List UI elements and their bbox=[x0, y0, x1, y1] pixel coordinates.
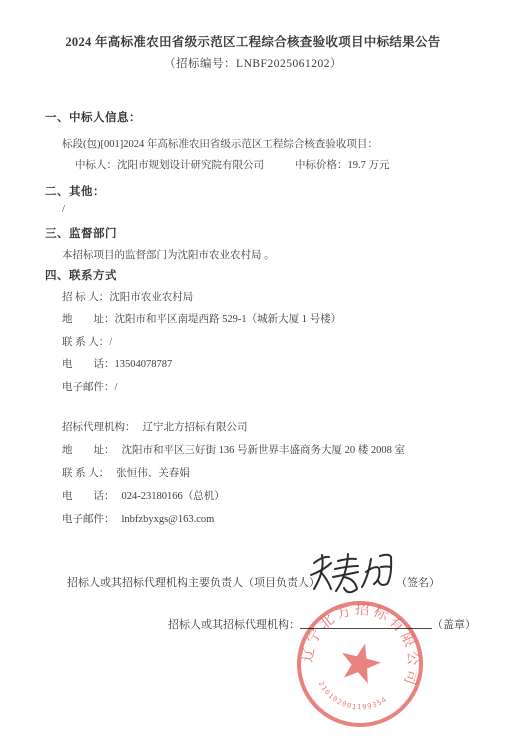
svg-text:210102001199354: 210102001199354 bbox=[312, 679, 390, 719]
agency-email-label: 电子邮件： bbox=[62, 513, 115, 526]
tenderer-name-label: 招 标 人： bbox=[62, 291, 109, 304]
section-other-content: / bbox=[62, 203, 65, 216]
tender-number-line: （招标编号：LNBF2025061202） bbox=[0, 57, 506, 71]
agency-row: 联 系 人：张恒伟、关春娟 bbox=[62, 467, 190, 480]
tenderer-address-value: 沈阳市和平区南堤西路 529-1（城新大厦 1 号楼） bbox=[115, 314, 342, 325]
lot-line: 标段(包)[001]2024 年高标准农田省级示范区工程综合核查验收项目： bbox=[62, 138, 378, 151]
section-winner-heading: 一、中标人信息： bbox=[45, 111, 141, 125]
agency-contact-label: 联 系 人： bbox=[62, 467, 109, 480]
agency-name-label: 招标代理机构： bbox=[62, 421, 136, 434]
agency-phone-value: 024-23180166（总机） bbox=[122, 491, 225, 502]
company-seal: 辽宁北方招标有限公司 210102001199354 bbox=[290, 594, 430, 734]
winner-name: 沈阳市规划设计研究院有限公司 bbox=[117, 160, 264, 171]
principal-line-prefix: 招标人或其招标代理机构主要负责人（项目负责人） bbox=[67, 577, 320, 589]
signature-handwriting bbox=[308, 547, 400, 603]
tenderer-row: 联 系 人：/ bbox=[62, 336, 112, 349]
tenderer-name-value: 沈阳市农业农村局 bbox=[109, 292, 193, 303]
agency-row: 地 址：沈阳市和平区三好街 136 号新世界丰盛商务大厦 20 楼 2008 室 bbox=[62, 444, 405, 457]
tenderer-contact-value: / bbox=[109, 337, 112, 348]
tenderer-email-value: / bbox=[115, 382, 118, 393]
tenderer-contact-label: 联 系 人： bbox=[62, 336, 109, 349]
document-title: 2024 年高标准农田省级示范区工程综合核查验收项目中标结果公告 bbox=[0, 35, 506, 51]
org-line-suffix: （盖章） bbox=[432, 619, 476, 631]
org-line-prefix: 招标人或其招标代理机构： bbox=[168, 619, 300, 631]
seal-serial-number: 210102001199354 bbox=[312, 679, 390, 719]
agency-row: 电子邮件：lnbfzbyxgs@163.com bbox=[62, 513, 214, 526]
principal-line-suffix: （签名） bbox=[396, 577, 440, 589]
tenderer-row: 电子邮件：/ bbox=[62, 381, 117, 394]
signature-ink-icon bbox=[308, 547, 400, 603]
section-other-heading: 二、其他： bbox=[45, 185, 105, 199]
agency-address-label: 地 址： bbox=[62, 444, 115, 457]
winner-line: 中标人：沈阳市规划设计研究院有限公司中标价格：19.7 万元 bbox=[75, 159, 390, 172]
agency-contact-value: 张恒伟、关春娟 bbox=[116, 468, 190, 479]
tenderer-phone-label: 电 话： bbox=[62, 358, 115, 371]
seal-stamp-icon: 辽宁北方招标有限公司 210102001199354 bbox=[290, 594, 430, 734]
tenderer-row: 地 址：沈阳市和平区南堤西路 529-1（城新大厦 1 号楼） bbox=[62, 313, 341, 326]
svg-text:辽宁北方招标有限公司: 辽宁北方招标有限公司 bbox=[298, 594, 430, 690]
tenderer-row: 招 标 人：沈阳市农业农村局 bbox=[62, 291, 193, 304]
winner-label: 中标人： bbox=[75, 160, 117, 171]
agency-row: 电 话：024-23180166（总机） bbox=[62, 490, 225, 503]
tenderer-address-label: 地 址： bbox=[62, 313, 115, 326]
org-stamp-line: 招标人或其招标代理机构：（盖章） bbox=[168, 619, 476, 633]
document-page: 2024 年高标准农田省级示范区工程综合核查验收项目中标结果公告 （招标编号：L… bbox=[0, 0, 506, 749]
agency-phone-label: 电 话： bbox=[62, 490, 115, 503]
agency-name-value: 辽宁北方招标有限公司 bbox=[143, 422, 248, 433]
price-value: 19.7 万元 bbox=[348, 160, 390, 171]
signature-line bbox=[300, 627, 432, 629]
section-supervisor-heading: 三、监督部门 bbox=[45, 227, 117, 241]
seal-company-name: 辽宁北方招标有限公司 bbox=[298, 594, 430, 690]
tenderer-email-label: 电子邮件： bbox=[62, 381, 115, 394]
section-supervisor-content: 本招标项目的监督部门为沈阳市农业农村局 。 bbox=[62, 249, 275, 262]
agency-row: 招标代理机构：辽宁北方招标有限公司 bbox=[62, 421, 248, 434]
agency-address-value: 沈阳市和平区三好街 136 号新世界丰盛商务大厦 20 楼 2008 室 bbox=[122, 445, 406, 456]
price-label: 中标价格： bbox=[295, 160, 348, 171]
tenderer-phone-value: 13504078787 bbox=[115, 359, 173, 370]
tenderer-row: 电 话：13504078787 bbox=[62, 358, 172, 371]
agency-email-value: lnbfzbyxgs@163.com bbox=[122, 514, 215, 525]
section-contact-heading: 四、联系方式 bbox=[45, 269, 117, 283]
